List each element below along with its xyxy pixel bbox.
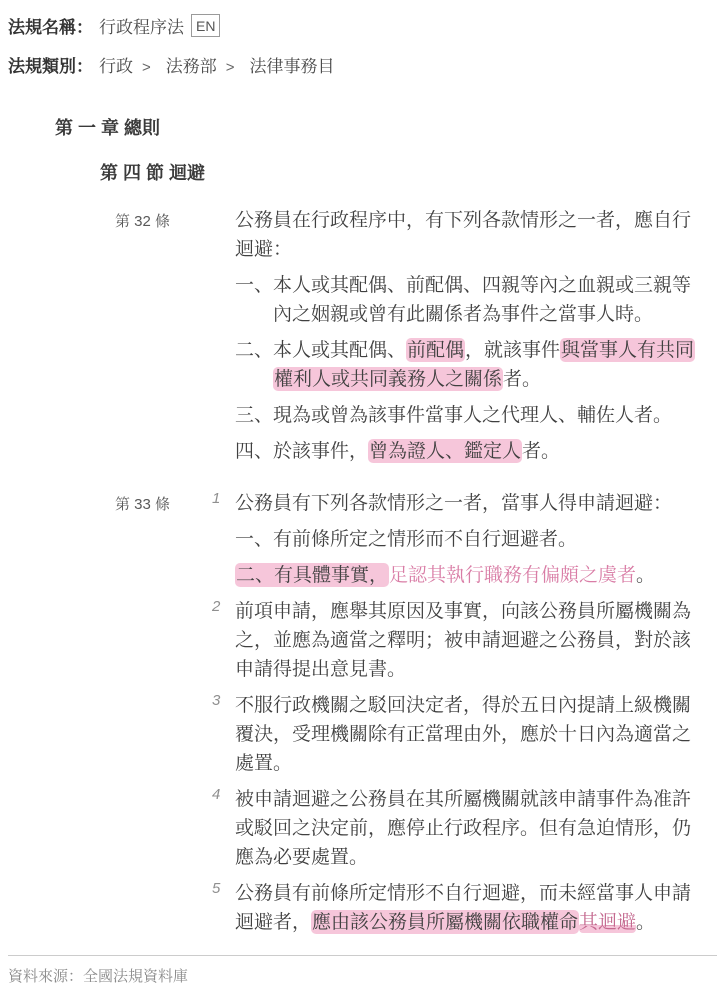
law-text-line: 二、有具體事實，足認其執行職務有偏頗之虞者。 — [235, 561, 717, 590]
law-text-line: 處置。 — [235, 749, 717, 778]
law-paragraph: 二、有具體事實，足認其執行職務有偏頗之虞者。 — [235, 561, 717, 590]
text-span: 迴避者， — [235, 912, 311, 933]
text-span: 四、於該事件， — [235, 441, 368, 462]
breadcrumb-item[interactable]: 法律事務目 — [250, 57, 335, 76]
breadcrumb: 行政>法務部>法律事務目 — [93, 57, 335, 76]
highlight-span: 前配偶 — [406, 338, 465, 362]
paragraph-number: 2 — [212, 598, 220, 615]
paragraph-number: 4 — [212, 786, 220, 803]
text-span: 不服行政機關之駁回決定者，得於五日內提請上級機關 — [235, 695, 691, 716]
law-text-line: 前項申請，應舉其原因及事實，向該公務員所屬機關為 — [235, 597, 717, 626]
text-span: 。 — [636, 912, 655, 933]
article: 第 33 條1公務員有下列各款情形之一者，當事人得申請迴避：一、有前條所定之情形… — [8, 489, 717, 937]
law-paragraph: 二、本人或其配偶、前配偶，就該事件與當事人有共同權利人或共同義務人之關係者。 — [235, 336, 717, 394]
text-span: 前項申請，應舉其原因及事實，向該公務員所屬機關為 — [235, 601, 691, 622]
law-text-line: 一、有前條所定之情形而不自行迴避者。 — [235, 525, 717, 554]
law-text-line: 權利人或共同義務人之關係者。 — [235, 365, 717, 394]
law-paragraph: 三、現為或曾為該事件當事人之代理人、輔佐人者。 — [235, 401, 717, 430]
text-span: ，就該事件 — [465, 340, 560, 361]
section-heading: 第 四 節 迴避 — [100, 159, 717, 185]
text-span: 申請得提出意見書。 — [235, 659, 406, 680]
text-span: 公務員有前條所定情形不自行迴避，而未經當事人申請 — [235, 883, 691, 904]
law-name-row: 法規名稱：行政程序法EN — [8, 14, 717, 41]
text-span: 或駁回之決定前，應停止行政程序。但有急迫情形，仍 — [235, 818, 691, 839]
text-span: 公務員在行政程序中，有下列各款情形之一者，應自行 — [235, 210, 691, 231]
text-span: 處置。 — [235, 753, 292, 774]
law-text-line: 一、本人或其配偶、前配偶、四親等內之血親或三親等 — [235, 271, 717, 300]
law-text-line: 公務員有下列各款情形之一者，當事人得申請迴避： — [235, 489, 717, 518]
law-paragraph: 2前項申請，應舉其原因及事實，向該公務員所屬機關為之，並應為適當之釋明；被申請迴… — [235, 597, 717, 684]
text-span: 二、本人或其配偶、 — [235, 340, 406, 361]
highlight-span: 應由該公務員所屬機關依職權命 — [311, 910, 579, 934]
law-text-line: 或駁回之決定前，應停止行政程序。但有急迫情形，仍 — [235, 814, 717, 843]
law-paragraph: 四、於該事件，曾為證人、鑑定人者。 — [235, 437, 717, 466]
law-text-line: 不服行政機關之駁回決定者，得於五日內提請上級機關 — [235, 691, 717, 720]
pink-text-span: 足認其執行職務有偏頗之虞者 — [389, 565, 636, 586]
law-text-line: 覆決，受理機關除有正當理由外，應於十日內為適當之 — [235, 720, 717, 749]
law-category-label: 法規類別： — [8, 57, 93, 76]
law-text-line: 公務員在行政程序中，有下列各款情形之一者，應自行 — [235, 206, 717, 235]
law-paragraph: 一、本人或其配偶、前配偶、四親等內之血親或三親等內之姻親或曾有此關係者為事件之當… — [235, 271, 717, 329]
law-name-value: 行政程序法 — [99, 18, 184, 37]
article-number: 第 33 條 — [115, 493, 170, 514]
text-span: 公務員有下列各款情形之一者，當事人得申請迴避： — [235, 493, 672, 514]
footer-divider: 資料來源：全國法規資料庫 — [8, 955, 717, 986]
law-text-line: 被申請迴避之公務員在其所屬機關就該申請事件為准許 — [235, 785, 717, 814]
breadcrumb-item[interactable]: 行政 — [99, 57, 133, 76]
law-paragraph: 1公務員有下列各款情形之一者，當事人得申請迴避： — [235, 489, 717, 518]
article: 第 32 條公務員在行政程序中，有下列各款情形之一者，應自行迴避：一、本人或其配… — [8, 206, 717, 466]
articles-container: 第 32 條公務員在行政程序中，有下列各款情形之一者，應自行迴避：一、本人或其配… — [8, 206, 717, 937]
breadcrumb-separator: > — [226, 59, 235, 76]
breadcrumb-separator: > — [142, 59, 151, 76]
paragraph-number: 5 — [212, 880, 220, 897]
text-span: 內之姻親或曾有此關係者為事件之當事人時。 — [273, 304, 653, 325]
law-name-label: 法規名稱： — [8, 18, 93, 37]
article-number: 第 32 條 — [115, 210, 170, 231]
law-text-line: 之，並應為適當之釋明；被申請迴避之公務員，對於該 — [235, 626, 717, 655]
text-span: 三、現為或曾為該事件當事人之代理人、輔佐人者。 — [235, 405, 672, 426]
text-span: 之，並應為適當之釋明；被申請迴避之公務員，對於該 — [235, 630, 691, 651]
text-span: 者。 — [503, 369, 541, 390]
breadcrumb-item[interactable]: 法務部 — [166, 57, 217, 76]
law-text-line: 四、於該事件，曾為證人、鑑定人者。 — [235, 437, 717, 466]
text-span: 迴避： — [235, 239, 292, 260]
law-document-page: 法規名稱：行政程序法EN 法規類別：行政>法務部>法律事務目 第 一 章 總則 … — [0, 0, 725, 937]
law-text-line: 二、本人或其配偶、前配偶，就該事件與當事人有共同 — [235, 336, 717, 365]
highlight-span: 其迴避 — [579, 912, 636, 933]
law-text-line: 迴避者，應由該公務員所屬機關依職權命其迴避。 — [235, 908, 717, 937]
law-paragraph: 5公務員有前條所定情形不自行迴避，而未經當事人申請迴避者，應由該公務員所屬機關依… — [235, 879, 717, 937]
text-span: 一、有前條所定之情形而不自行迴避者。 — [235, 529, 577, 550]
text-span: 。 — [636, 565, 655, 586]
law-text-line: 內之姻親或曾有此關係者為事件之當事人時。 — [235, 300, 717, 329]
text-span: 者。 — [522, 441, 560, 462]
footer-source: 資料來源：全國法規資料庫 — [8, 956, 717, 986]
law-paragraph: 4被申請迴避之公務員在其所屬機關就該申請事件為准許或駁回之決定前，應停止行政程序… — [235, 785, 717, 872]
law-category-row: 法規類別：行政>法務部>法律事務目 — [8, 54, 717, 81]
chapter-heading: 第 一 章 總則 — [55, 114, 717, 140]
article-content: 公務員在行政程序中，有下列各款情形之一者，應自行迴避：一、本人或其配偶、前配偶、… — [235, 206, 717, 466]
highlight-span: 曾為證人、鑑定人 — [368, 439, 522, 463]
highlight-span: 二、有具體事實， — [235, 563, 389, 587]
paragraph-number: 3 — [212, 692, 220, 709]
en-language-button[interactable]: EN — [191, 14, 220, 37]
highlight-span: 與當事人有共同 — [560, 338, 695, 362]
law-paragraph: 3不服行政機關之駁回決定者，得於五日內提請上級機關覆決，受理機關除有正當理由外，… — [235, 691, 717, 778]
text-span: 應為必要處置。 — [235, 847, 368, 868]
text-span: 一、本人或其配偶、前配偶、四親等內之血親或三親等 — [235, 275, 691, 296]
article-content: 1公務員有下列各款情形之一者，當事人得申請迴避：一、有前條所定之情形而不自行迴避… — [235, 489, 717, 937]
text-span: 覆決，受理機關除有正當理由外，應於十日內為適當之 — [235, 724, 691, 745]
law-text-line: 應為必要處置。 — [235, 843, 717, 872]
law-paragraph: 一、有前條所定之情形而不自行迴避者。 — [235, 525, 717, 554]
law-text-line: 申請得提出意見書。 — [235, 655, 717, 684]
law-text-line: 公務員有前條所定情形不自行迴避，而未經當事人申請 — [235, 879, 717, 908]
law-paragraph: 公務員在行政程序中，有下列各款情形之一者，應自行迴避： — [235, 206, 717, 264]
highlight-span: 權利人或共同義務人之關係 — [273, 367, 503, 391]
law-text-line: 三、現為或曾為該事件當事人之代理人、輔佐人者。 — [235, 401, 717, 430]
law-text-line: 迴避： — [235, 235, 717, 264]
text-span: 被申請迴避之公務員在其所屬機關就該申請事件為准許 — [235, 789, 691, 810]
paragraph-number: 1 — [212, 490, 220, 507]
